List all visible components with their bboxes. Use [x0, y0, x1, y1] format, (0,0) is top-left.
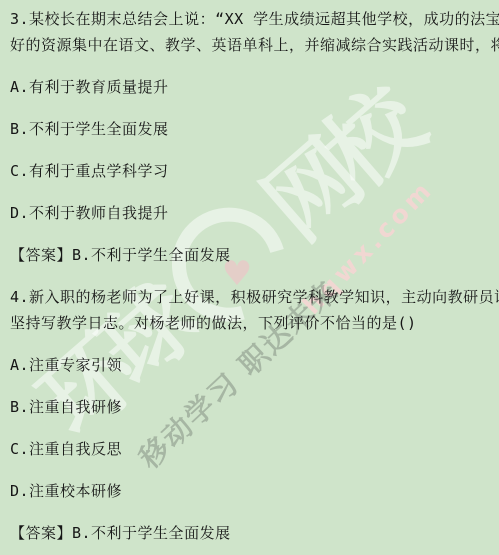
exam-document-page: 环球 网校 ♥ hqwx.com 移动学习 职达未来 3.某校长在期末总结会上说… — [0, 0, 499, 555]
document-content: 3.某校长在期末总结会上说：“XX 学生成绩远超其他学校，成功的法宝就是把最 好… — [0, 0, 499, 546]
question-3-option-a: A.有利于教育质量提升 — [10, 74, 495, 100]
question-4-stem-line-2: 坚持写教学日志。对杨老师的做法，下列评价不恰当的是() — [10, 310, 495, 336]
question-4-answer: 【答案】B.不利于学生全面发展 — [10, 520, 495, 546]
question-4-option-a: A.注重专家引领 — [10, 352, 495, 378]
question-4-stem: 4.新入职的杨老师为了上好课，积极研究学科教学知识，主动向教研员请教，还 坚持写… — [10, 284, 495, 336]
question-3-stem: 3.某校长在期末总结会上说：“XX 学生成绩远超其他学校，成功的法宝就是把最 好… — [10, 6, 495, 58]
question-3-stem-line-1: 3.某校长在期末总结会上说：“XX 学生成绩远超其他学校，成功的法宝就是把最 — [10, 6, 495, 32]
question-3-option-b: B.不利于学生全面发展 — [10, 116, 495, 142]
question-4-option-c: C.注重自我反思 — [10, 436, 495, 462]
question-4-option-d: D.注重校本研修 — [10, 478, 495, 504]
question-3-answer: 【答案】B.不利于学生全面发展 — [10, 242, 495, 268]
question-3-option-d: D.不利于教师自我提升 — [10, 200, 495, 226]
question-4-option-b: B.注重自我研修 — [10, 394, 495, 420]
question-3-option-c: C.有利于重点学科学习 — [10, 158, 495, 184]
question-4-stem-line-1: 4.新入职的杨老师为了上好课，积极研究学科教学知识，主动向教研员请教，还 — [10, 284, 495, 310]
question-3-stem-line-2: 好的资源集中在语文、教学、英语单科上，并缩减综合实践活动课时，将缩减() — [10, 32, 495, 58]
